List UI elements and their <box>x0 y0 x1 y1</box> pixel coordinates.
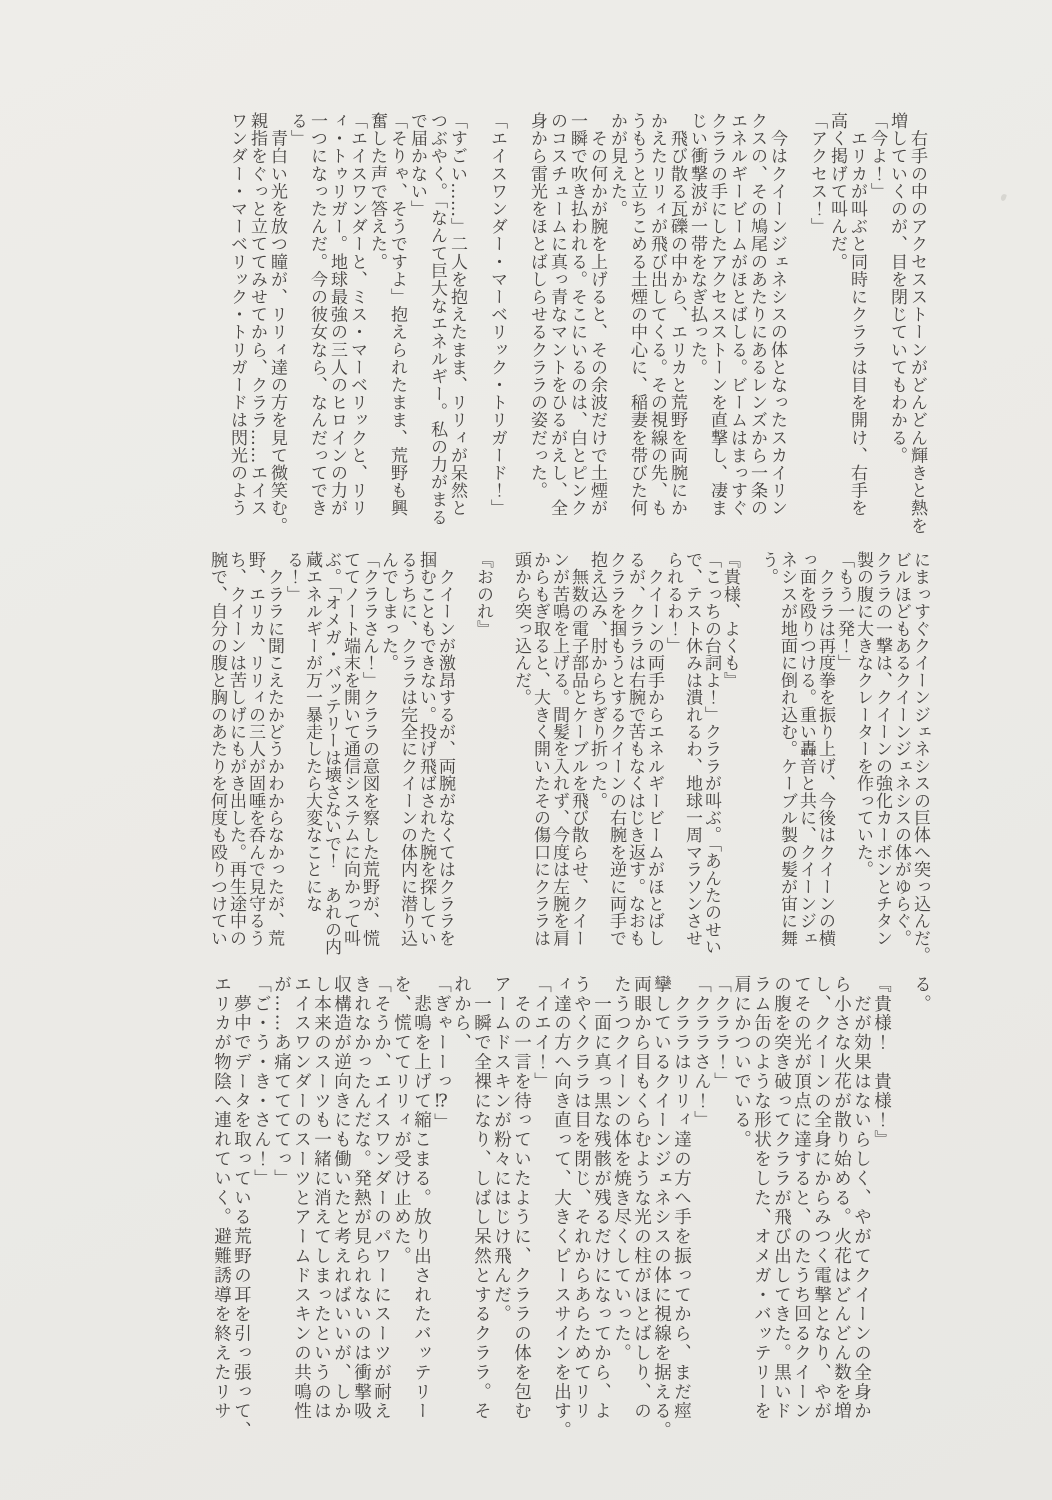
text-column: 収構造が逆向きにも働いたと考えればいいが、しか <box>332 975 350 1447</box>
text-column: 攣しているクイーンジェネシスの体に視線を据える。 <box>652 975 670 1447</box>
text-column: 抱え込み、肘からちぎり折った。 <box>588 551 605 965</box>
text-column: 『おのれ』 <box>474 551 491 965</box>
text-column: 頭から突っ込んだ。 <box>512 551 529 965</box>
text-column: 両眼から目もくらむような光の柱がほとばしり、の <box>632 975 650 1447</box>
text-column: が……あ痛ててててっ」 <box>272 975 290 1447</box>
text-column: エイスワンダーのスーツとアームドスキンの共鳴性 <box>292 975 310 1447</box>
text-column: ぶ。「オメガ・バッテリーは壊さないで！ あれの内 <box>322 551 339 965</box>
text-block-top: 右手の中のアクセスストーンがどんどん輝きと熱を増していくのが、目を閉じていてもわ… <box>225 112 928 536</box>
text-column: 製の腹に大きなクレーターを作っていた。 <box>854 551 871 965</box>
text-column: るが、クララは右腕で苦もなくはじき返す。なおも <box>626 551 643 965</box>
text-column: クイーンの両手からエネルギービームがほとばし <box>645 551 662 965</box>
text-column: う。 <box>759 551 776 965</box>
text-column: ら小さな火花が散り始める。火花はどんどん数を増 <box>832 975 850 1447</box>
scan-speck <box>1000 193 1007 201</box>
text-column: 悲鳴を上げて縮こまる。放り出されたバッテリー <box>412 975 430 1447</box>
text-column: ィ達の方へ向き直って、大きくピースサインを出す。 <box>552 975 570 1447</box>
text-column: 肩にかついでいる。 <box>732 975 750 1447</box>
text-column: 一瞬で吹き払われる。そこにいるのは、白とピンク <box>568 112 585 536</box>
text-column: 無数の電子部品とケーブルを飛び散らせ、クイー <box>569 551 586 965</box>
text-column: その一言を待っていたように、クララの体を包む <box>512 975 530 1447</box>
text-column: 飛び散る瓦礫の中から、エリカと荒野を両腕にか <box>668 112 685 536</box>
text-column: ビルほどもあるクイーンジェネシスの体がゆらぐ。 <box>892 551 909 965</box>
text-column: る。 <box>912 975 930 1447</box>
text-column: かが見えた。 <box>608 112 625 536</box>
text-column: 身から雷光をほとばしらせるクララの姿だった。 <box>528 112 545 536</box>
text-column: エネルギービームがほとばしる。ビームはまっすぐ <box>728 112 745 536</box>
text-column: クララはリリィ達の方へ手を振ってから、まだ痙 <box>672 975 690 1447</box>
text-column: を、慌ててリリィが受け止めた。 <box>392 975 410 1447</box>
text-column: 「アクセス！」 <box>808 112 825 536</box>
text-column: 「イエイ！」 <box>532 975 550 1447</box>
text-column: 「ご・う・き・さん！」 <box>252 975 270 1447</box>
text-column: るうちに、クララは完全にクイーンの体内に潜り込 <box>398 551 415 965</box>
text-column: ンが苦鳴を上げる。間髪を入れず、今度は左腕を肩 <box>550 551 567 965</box>
text-column: クイーンが激昂するが、両腕がなくてはクララを <box>436 551 453 965</box>
text-column: 「こっちの台詞よ！」クララが叫ぶ。「あんたのせい <box>702 551 719 965</box>
text-column: ワンダー・マーベリック・トリガードは閃光のよう <box>228 112 245 536</box>
text-column: 野、エリカ、リリィの三人が固唾を呑んで見守るう <box>246 551 263 965</box>
text-column: 一瞬で全裸になり、しばし呆然とするクララ。そ <box>472 975 490 1447</box>
text-column: の腹を突き破ってクララが飛び出してきた。黒いド <box>772 975 790 1447</box>
text-column: クララの一撃は、クイーンの強化カーボンとチタン <box>873 551 890 965</box>
text-column: られるわ！」 <box>664 551 681 965</box>
text-column: んでしまった。 <box>379 551 396 965</box>
text-column: てその光が頂点に達すると、のたうち回るクイーン <box>792 975 810 1447</box>
text-column: ててノート端末を開いて通信システムに向かって叫 <box>341 551 358 965</box>
text-column: し本来のスーツも一緒に消えてしまったというのは <box>312 975 330 1447</box>
text-column: 蔵エネルギーが万一暴走したら大変なことにな <box>303 551 320 965</box>
text-column: エリカが物陰へ連れていく。避難誘導を終えたリサ <box>212 975 230 1447</box>
text-column: 「そりゃ、そうですよ」抱えられたまま、荒野も興 <box>388 112 405 536</box>
text-column: 青白い光を放つ瞳が、リリィ達の方を見て微笑む。 <box>268 112 285 536</box>
text-column: じい衝撃波が一帯をなぎ払った。 <box>688 112 705 536</box>
text-column: で、テスト休みは潰れるわ、地球一周マラソンさせ <box>683 551 700 965</box>
text-column: 『貴様！ 貴様！』 <box>872 975 890 1447</box>
text-column: 一面に真っ黒な残骸が残るだけになってから、よ <box>592 975 610 1447</box>
text-column: れから、 <box>452 975 470 1447</box>
text-column: クララを掴もうとするクイーンの右腕を逆に両手で <box>607 551 624 965</box>
text-column: 「エイスワンダーと、ミス・マーベリックと、リリ <box>348 112 365 536</box>
text-column: 夢中でデータを取っている荒野の耳を引っ張って、 <box>232 975 250 1447</box>
text-column: 「もう一発！」 <box>835 551 852 965</box>
text-column: で届かない」 <box>408 112 425 536</box>
text-column: 増していくのが、目を閉じていてもわかる。 <box>888 112 905 536</box>
text-column: 「今よ！」 <box>868 112 885 536</box>
text-column: ち、クイーンは苦しげにもがき出した。再生途中の <box>227 551 244 965</box>
text-column: つぶやく。「なんて巨大なエネルギー。私の力がまる <box>428 112 445 536</box>
text-column: ネシスが地面に倒れ込む。ケーブル製の髪が宙に舞 <box>778 551 795 965</box>
text-column: 「クララさん！」 <box>692 975 710 1447</box>
text-column: うやくクララは目を閉じ、それからあらためてリリ <box>572 975 590 1447</box>
text-column: 『貴様、よくも』 <box>721 551 738 965</box>
text-column: 高く掲げて叫んだ。 <box>828 112 845 536</box>
text-column: る」 <box>288 112 305 536</box>
text-column: エリカが叫ぶと同時にクララは目を開け、右手を <box>848 112 865 536</box>
text-block-bottom: る。 『貴様！ 貴様！』 だが効果はないらしく、やがてクイーンの全身から小さな火… <box>210 975 933 1447</box>
text-column: アームドスキンが粉々にはじけ飛んだ。 <box>492 975 510 1447</box>
text-column: のコスチュームに真っ青なマントをひるがえし、全 <box>548 112 565 536</box>
text-column: 「クララ！」 <box>712 975 730 1447</box>
text-column: クスの、その鳩尾のあたりにあるレンズから一条の <box>748 112 765 536</box>
text-column: 「そうか、エイスワンダーのパワーにスーツが耐え <box>372 975 390 1447</box>
text-column: 「ぎゃーーっ⁉」 <box>432 975 450 1447</box>
text-column: クララに聞こえたかどうかわからなかったが、荒 <box>265 551 282 965</box>
text-column: 「クララさん！」クララの意図を察した荒野が、慌 <box>360 551 377 965</box>
text-column: 掴むこともできない。投げ飛ばされた腕を探してい <box>417 551 434 965</box>
text-column: 今はクイーンジェネシスの体となったスカイリン <box>768 112 785 536</box>
text-block-middle: にまっすぐクイーンジェネシスの巨体へ突っ込んだ。ビルほどもあるクイーンジェネシス… <box>206 551 930 965</box>
text-column: クララは再度拳を振り上げ、今後はクイーンの横 <box>816 551 833 965</box>
text-column: その何かが腕を上げると、その余波だけで土煙が <box>588 112 605 536</box>
text-column: クララの手にしたアクセスストーンを直撃し、凄ま <box>708 112 725 536</box>
text-column: からもぎ取ると、大きく開いたその傷口にクララは <box>531 551 548 965</box>
text-column: し、クイーンの全身にからみつく電撃となり、やが <box>812 975 830 1447</box>
text-column: っ面を殴りつける。重い轟音と共に、クイーンジェ <box>797 551 814 965</box>
text-column: 親指をぐっと立ててみせてから、クララ……エイス <box>248 112 265 536</box>
text-column: 奮した声で答えた。 <box>368 112 385 536</box>
text-column: 一つになったんだ。今の彼女なら、なんだってでき <box>308 112 325 536</box>
text-column: うもうと立ちこめる土煙の中心に、稲妻を帯びた何 <box>628 112 645 536</box>
text-column: たうつクイーンの体を焼き尽くしていった。 <box>612 975 630 1447</box>
text-column: 「エイスワンダー・マーベリック・トリガード！」 <box>488 112 505 536</box>
text-column: 右手の中のアクセスストーンがどんどん輝きと熱を <box>908 112 925 536</box>
text-column: 「すごい……」二人を抱えたまま、リリィが呆然と <box>448 112 465 536</box>
text-column: ラム缶のような形状をした、オメガ・バッテリーを <box>752 975 770 1447</box>
text-column: かえたリリィが飛び出してくる。その視線の先、も <box>648 112 665 536</box>
text-column: きれなかったんだな。発熱が見られないのは衝撃吸 <box>352 975 370 1447</box>
text-column: ィ・トゥリガー。地球最強の三人のヒロインの力が <box>328 112 345 536</box>
text-column: る！」 <box>284 551 301 965</box>
text-column: にまっすぐクイーンジェネシスの巨体へ突っ込んだ。 <box>911 551 928 965</box>
scanned-page: 右手の中のアクセスストーンがどんどん輝きと熱を増していくのが、目を閉じていてもわ… <box>0 0 1052 1500</box>
text-column: だが効果はないらしく、やがてクイーンの全身か <box>852 975 870 1447</box>
text-column: 腕で、自分の腹と胸のあたりを何度も殴りつけてい <box>208 551 225 965</box>
